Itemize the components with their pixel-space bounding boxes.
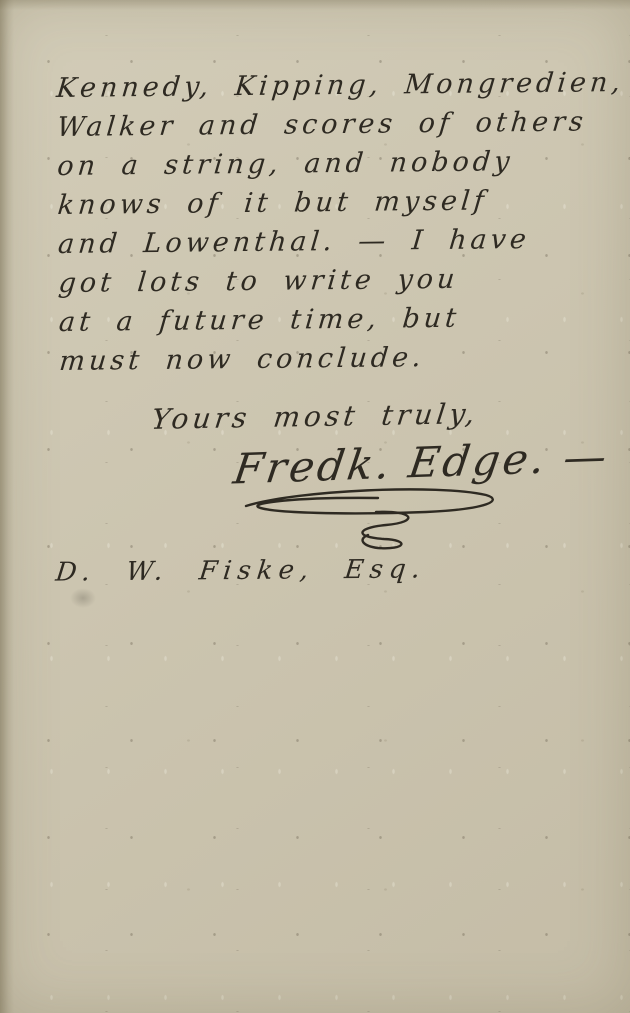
letter-page: Kennedy, Kipping, Mongredien, Walker and… xyxy=(0,0,630,1013)
letter-closing: Yours most truly, xyxy=(150,397,481,436)
handwriting-line: Walker and scores of others xyxy=(55,102,624,147)
addressee-line: D. W. Fiske, Esq. xyxy=(54,554,428,587)
handwriting-line: got lots to write you xyxy=(57,258,626,303)
handwriting-line: on a string, and nobody xyxy=(56,141,625,186)
handwriting-line: at a future time, but xyxy=(57,297,626,342)
page-left-edge-shadow xyxy=(0,0,14,1013)
paper-smudge xyxy=(70,588,96,608)
letter-body: Kennedy, Kipping, Mongredien, Walker and… xyxy=(56,63,624,381)
handwriting-line: must now conclude. xyxy=(58,336,627,381)
handwriting-line: Kennedy, Kipping, Mongredien, xyxy=(55,63,624,108)
signature-flourish xyxy=(228,482,518,552)
page-top-edge-shadow xyxy=(0,0,630,10)
handwriting-line: and Lowenthal. — I have xyxy=(56,219,625,264)
handwriting-line: knows of it but myself xyxy=(56,180,625,225)
